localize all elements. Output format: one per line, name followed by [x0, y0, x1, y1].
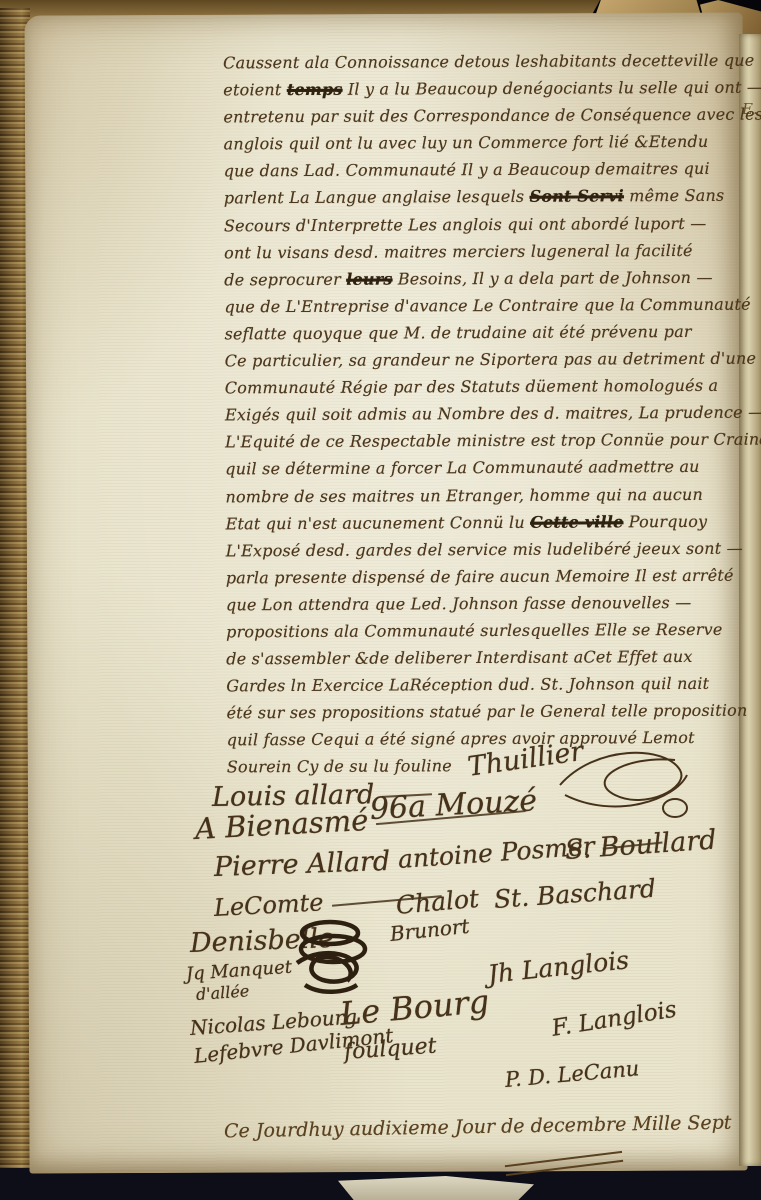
text-segment: Pourquoy — [623, 511, 707, 530]
text-line: propositions ala Communauté surlesquelle… — [226, 620, 748, 650]
ink-flourish — [555, 740, 695, 825]
text-line: anglois quil ont lu avec luy un Commerce… — [224, 132, 746, 162]
text-line: Etat qui n'est aucunement Connü lu Cette… — [226, 511, 748, 541]
text-line: Communauté Régie par des Statuts düement… — [225, 376, 747, 406]
ink-blot-flourish — [285, 915, 375, 1000]
text-line: etoient temps Il y a lu Beaucoup denégoc… — [223, 78, 745, 108]
text-line: été sur ses propositions statué par le G… — [226, 701, 748, 731]
struck-text: temps — [287, 80, 343, 99]
text-line: Secours d'Interprette Les anglois qui on… — [224, 213, 746, 243]
manuscript-scan: E. Caussent ala Connoissance detous lesh… — [0, 0, 761, 1200]
text-segment: Besoins, Il y a dela part de Johnson — — [392, 268, 712, 289]
text-line: que dans Lad. Communauté Il y a Beaucoup… — [224, 159, 746, 189]
text-line: de seprocurer leurs Besoins, Il y a dela… — [224, 267, 746, 297]
text-line: parlent La Langue anglaise lesquels Sont… — [224, 186, 746, 216]
text-segment: de seprocurer — [224, 269, 346, 289]
text-line: entretenu par suit des Correspondance de… — [223, 105, 745, 135]
text-line: quil se détermine a forcer La Communauté… — [225, 457, 747, 487]
struck-text: leurs — [346, 269, 392, 288]
text-line: L'Exposé desd. gardes del service mis lu… — [226, 538, 748, 568]
text-segment: Il y a lu Beaucoup denégociants lu selle… — [342, 78, 761, 99]
text-line: L'Equité de ce Respectable ministre est … — [225, 430, 747, 460]
signature: Pierre Allard — [213, 846, 390, 883]
bottom-paper-sliver — [338, 1176, 534, 1200]
struck-text: Cette ville — [530, 512, 623, 531]
text-line: nombre de ses maitres un Etranger, homme… — [225, 484, 747, 514]
text-line: Gardes ln Exercice LaRéception dud. St. … — [226, 674, 748, 704]
text-line: de s'assembler &de deliberer Interdisant… — [226, 647, 748, 677]
text-segment: Etat qui n'est aucunement Connü lu — [226, 512, 531, 533]
text-line: Exigés quil soit admis au Nombre des d. … — [225, 403, 747, 433]
text-line: parla presente dispensé de faire aucun M… — [226, 565, 748, 595]
body-text: Caussent ala Connoissance detous leshabi… — [223, 51, 749, 785]
text-line: que de L'Entreprise d'avance Le Contrair… — [224, 294, 746, 324]
struck-text: Sont Servi — [530, 187, 624, 206]
text-segment: même Sans — [624, 186, 725, 206]
signature: d'allée — [195, 981, 250, 1004]
text-line: seflatte quoyque que M. de trudaine ait … — [225, 322, 747, 352]
text-line: Caussent ala Connoissance detous leshabi… — [223, 51, 745, 81]
text-segment: parlent La Langue anglaise lesquels — [224, 187, 530, 208]
text-line: Ce particulier, sa grandeur ne Siportera… — [225, 349, 747, 379]
text-line: ont lu visans desd. maitres merciers lug… — [224, 240, 746, 270]
text-line: que Lon attendra que Led. Johnson fasse … — [226, 593, 748, 623]
text-segment: etoient — [223, 80, 287, 99]
